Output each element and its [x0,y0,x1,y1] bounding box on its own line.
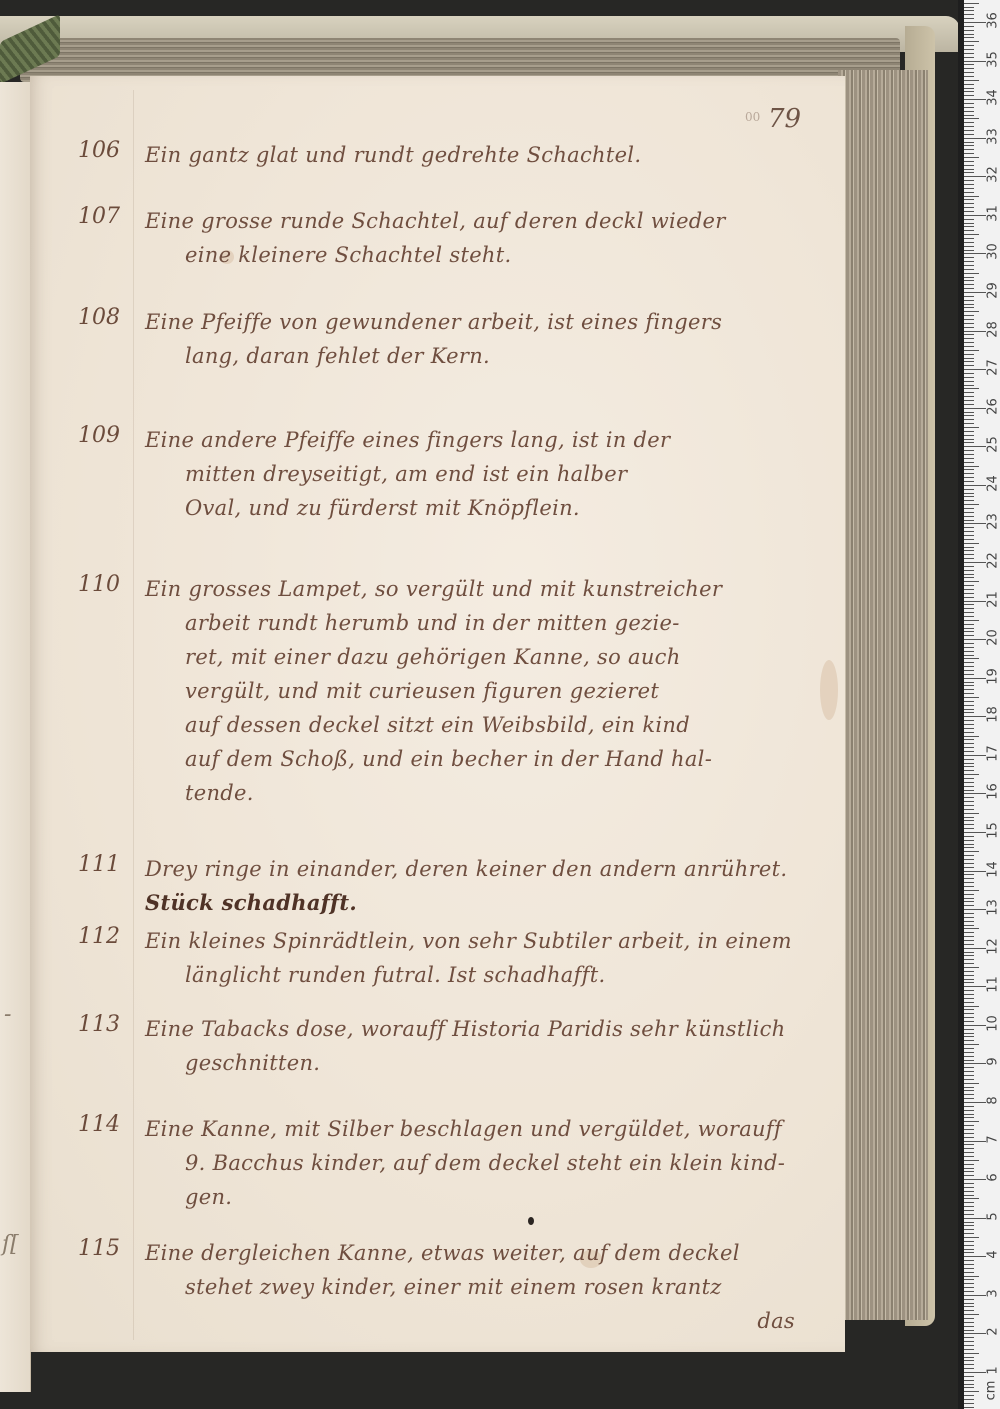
ruler-tick [964,1376,974,1377]
ruler-label: 30 [986,242,1000,262]
ruler-tick [964,1025,986,1026]
ruler-tick [964,1368,974,1369]
entry-number: 112 [78,924,120,949]
ruler-tick [964,1079,974,1080]
ruler-tick [964,1264,974,1265]
ruler-tick [964,1345,974,1346]
ruler-tick [964,149,974,150]
ruler-tick [964,485,986,486]
ruler-tick [964,948,986,949]
ruler-label: 26 [986,396,1000,416]
ruler-tick [964,774,979,775]
ruler-tick [964,53,974,54]
ruler-tick [964,396,974,397]
ruler-tick [964,334,974,335]
ruler-tick [964,435,974,436]
ruler-tick [964,670,974,671]
ruler-tick [964,685,974,686]
ruler-tick [964,257,974,258]
ruler-tick [964,543,979,544]
ruler-tick [964,1256,986,1257]
entry-line: Ein grosses Lampet, so vergült und mit k… [145,572,825,606]
ruler-tick [964,1144,974,1145]
ruler-tick [964,72,974,73]
ruler-tick [964,886,974,887]
ruler-tick [964,682,974,683]
ruler-tick [964,284,974,285]
ruler-tick [964,624,974,625]
ruler-label: 17 [986,743,1000,763]
ruler-tick [964,955,974,956]
ruler-tick [964,203,974,204]
ruler-tick [964,1341,974,1342]
ruler-tick [964,971,974,972]
ruler-tick [964,809,974,810]
folio-stamp: 00 [745,110,760,124]
ruler-tick [964,608,974,609]
ruler-tick [964,145,974,146]
ruler-tick [964,273,979,274]
ruler-tick [964,1330,974,1331]
ruler-tick [964,782,974,783]
ruler-tick [964,473,974,474]
ruler-tick [964,1407,974,1408]
ruler-tick [964,223,974,224]
ruler-tick [964,80,979,81]
ruler-label: 34 [986,88,1000,108]
ruler-tick [964,26,974,27]
entry-line: länglicht runden futral. Ist schadhafft. [145,958,825,992]
ruler-tick [964,786,974,787]
ruler-tick [964,1125,974,1126]
ruler-label: 21 [986,589,1000,609]
margin-fold-line [133,90,134,1340]
ruler-tick [964,18,974,19]
ruler-tick [964,1353,979,1354]
ruler-tick [964,836,974,837]
ruler-tick [964,385,974,386]
ruler-tick [964,238,974,239]
ruler-tick [964,712,974,713]
ruler-tick [964,1372,986,1373]
ruler-tick [964,1229,974,1230]
ruler-tick [964,597,974,598]
ruler-label: 20 [986,628,1000,648]
ruler-tick [964,778,974,779]
ruler-tick [964,1148,974,1149]
ruler-tick [964,157,979,158]
ruler-tick [964,64,974,65]
ruler-tick [964,161,974,162]
ruler-tick [964,230,974,231]
ruler-label: 16 [986,782,1000,802]
ruler-tick [964,250,974,251]
ruler-tick [964,639,986,640]
ruler-tick [964,296,974,297]
ruler-tick [964,1306,974,1307]
ruler-tick [964,998,974,999]
ruler-tick [964,739,974,740]
ruler-label: 15 [986,821,1000,841]
ruler-tick [964,952,974,953]
measurement-ruler: cm 1234567891011121314151617181920212223… [958,0,1000,1409]
ruler-tick [964,369,986,370]
ruler-tick [964,1141,986,1142]
ruler-tick [964,226,974,227]
ruler-tick [964,944,974,945]
ruler-tick [964,979,974,980]
ruler-tick [964,288,974,289]
ruler-tick [964,616,974,617]
ruler-tick [964,91,974,92]
entry-line: das [145,1304,825,1338]
ruler-tick [964,1245,974,1246]
ruler-tick [964,1048,974,1049]
ruler-tick [964,315,974,316]
ruler-tick [964,373,974,374]
ruler-tick [964,439,974,440]
ruler-tick [964,477,974,478]
ruler-tick [964,901,974,902]
ruler-tick [964,450,974,451]
entry-line: geschnitten. [145,1046,825,1080]
ruler-tick [964,1156,974,1157]
ruler-label: 10 [986,1013,1000,1033]
ruler-tick [964,604,974,605]
ruler-tick [964,925,974,926]
ruler-tick [964,523,986,524]
ruler-tick [964,643,974,644]
ruler-tick [964,442,974,443]
ruler-tick [964,1314,979,1315]
ruler-tick [964,427,979,428]
entry-line: 9. Bacchus kinder, auf dem deckel steht … [145,1146,825,1180]
ruler-tick [964,763,974,764]
ruler-label: 7 [986,1129,1000,1149]
ruler-tick [964,851,979,852]
ruler-label: 13 [986,898,1000,918]
ruler-tick [964,1002,974,1003]
ruler-tick [964,863,974,864]
ruler-label: 33 [986,126,1000,146]
ruler-tick [964,1333,986,1334]
ruler-label: 3 [986,1283,1000,1303]
ruler-tick [964,1237,979,1238]
ruler-tick [964,589,974,590]
ruler-tick [964,408,986,409]
ruler-tick [964,824,974,825]
ruler-tick [964,1006,979,1007]
ruler-tick [964,1033,974,1034]
ruler-tick [964,847,974,848]
ruler-tick [964,412,974,413]
ruler-tick [964,1403,974,1404]
ruler-tick [964,554,974,555]
ruler-tick [964,566,974,567]
ruler-tick [964,1067,974,1068]
ruler-tick [964,269,974,270]
entry-line: stehet zwey kinder, einer mit einem rose… [145,1270,825,1304]
ruler-tick [964,180,974,181]
ruler-tick [964,307,974,308]
ruler-tick [964,890,979,891]
ruler-label: 29 [986,281,1000,301]
ruler-tick [964,1206,974,1207]
ruler-tick [964,558,974,559]
ruler-tick [964,693,974,694]
ruler-tick [964,855,974,856]
ruler-tick [964,88,974,89]
ruler-label: 23 [986,512,1000,532]
ruler-tick [964,327,974,328]
ruler-tick [964,905,974,906]
ruler-tick [964,747,974,748]
ruler-tick [964,581,979,582]
ruler-label: 4 [986,1245,1000,1265]
facing-page: - ſ[ [0,82,31,1392]
ruler-tick [964,3,979,4]
ruler-tick [964,932,974,933]
ruler-tick [964,196,979,197]
ruler-tick [964,1017,974,1018]
ruler-tick [964,323,974,324]
ruler-tick [964,766,974,767]
ruler-tick [964,41,979,42]
ruler-tick [964,1279,974,1280]
ruler-tick [964,797,974,798]
ruler-unit-label: cm [983,1381,998,1401]
ruler-tick [964,500,974,501]
ruler-tick [964,253,986,254]
ruler-tick [964,84,974,85]
ruler-tick [964,489,974,490]
entry-line: Drey ringe in einander, deren keiner den… [145,852,825,886]
ruler-tick [964,921,974,922]
ruler-tick [964,813,979,814]
ruler-tick [964,400,974,401]
ruler-tick [964,1291,974,1292]
entry-number: 109 [78,423,120,448]
ruler-tick [964,898,974,899]
ruler-tick [964,1391,979,1392]
ruler-tick [964,1214,974,1215]
ruler-tick [964,1063,986,1064]
ruler-label: 11 [986,975,1000,995]
ruler-tick [964,655,974,656]
ruler-tick [964,61,986,62]
ruler-tick [964,913,974,914]
ruler-tick [964,520,974,521]
ruler-tick [964,300,974,301]
ruler-tick [964,967,979,968]
ruler-label: 14 [986,859,1000,879]
ruler-tick [964,724,974,725]
ruler-tick [964,504,979,505]
ruler-tick [964,770,974,771]
ruler-tick [964,1357,974,1358]
ruler-tick [964,280,974,281]
ruler-tick [964,894,974,895]
ruler-tick [964,1326,974,1327]
ruler-tick [964,76,974,77]
ruler-tick [964,662,974,663]
entry-line: Ein kleines Spinrädtlein, von sehr Subti… [145,924,825,958]
ruler-tick [964,840,974,841]
entry-line: gen. [145,1180,825,1214]
ruler-tick [964,512,974,513]
ruler-tick [964,859,974,860]
ruler-tick [964,1252,974,1253]
ruler-tick [964,516,974,517]
ruler-tick [964,111,974,112]
ruler-tick [964,940,974,941]
ruler-label: 2 [986,1322,1000,1342]
ruler-tick [964,651,974,652]
ruler-tick [964,832,986,833]
ruler-tick [964,1090,974,1091]
ruler-tick [964,820,974,821]
ruler-tick [964,1287,974,1288]
ruler-tick [964,1044,979,1045]
ruler-tick [964,1260,974,1261]
ruler-tick [964,481,974,482]
ruler-label: 25 [986,435,1000,455]
ruler-tick [964,1152,974,1153]
ruler-tick [964,577,974,578]
ruler-tick [964,1168,974,1169]
ruler-tick [964,705,974,706]
entry-line: arbeit rundt herumb und in der mitten ge… [145,606,825,640]
ruler-tick [964,1349,974,1350]
ruler-label: 27 [986,358,1000,378]
entry-number: 106 [78,138,120,163]
ruler-tick [964,331,986,332]
ruler-tick [964,1098,974,1099]
ruler-tick [964,188,974,189]
ruler-tick [964,211,974,212]
ruler-label: 19 [986,666,1000,686]
ruler-tick [964,1052,974,1053]
ruler-tick [964,871,986,872]
ruler-tick [964,107,974,108]
ruler-tick [964,350,979,351]
ruler-tick [964,462,974,463]
ruler-tick [964,874,974,875]
ruler-tick [964,1225,974,1226]
ruler-tick [964,388,979,389]
folio-number: 79 [768,104,801,134]
ruler-tick [964,496,974,497]
ruler-tick [964,759,974,760]
ruler-tick [964,909,986,910]
ruler-tick [964,743,974,744]
ruler-tick [964,917,974,918]
ruler-tick [964,1171,974,1172]
ruler-tick [964,1276,979,1277]
ruler-tick [964,392,974,393]
ruler-tick [964,928,979,929]
ruler-tick [964,982,974,983]
ruler-tick [964,936,974,937]
ruler-tick [964,1106,974,1107]
entry-line: Eine Pfeiffe von gewundener arbeit, ist … [145,305,825,339]
entry-line: ret, mit einer dazu gehörigen Kanne, so … [145,640,825,674]
ruler-tick [964,1218,986,1219]
ruler-tick [964,165,974,166]
ruler-tick [964,697,979,698]
ruler-tick [964,458,974,459]
ruler-tick [964,755,986,756]
ruler-tick [964,867,974,868]
ruler-tick [964,1272,974,1273]
ruler-tick [964,658,979,659]
ruler-tick [964,1129,974,1130]
ruler-tick [964,1060,974,1061]
ruler-tick [964,720,974,721]
ruler-tick [964,1283,974,1284]
entry-line: auf dem Schoß, und ein becher in der Han… [145,742,825,776]
ruler-tick [964,1040,974,1041]
ruler-tick [964,57,974,58]
ruler-label: 22 [986,551,1000,571]
ruler-tick [964,1029,974,1030]
ruler-tick [964,959,974,960]
page-fore-edge [838,70,928,1320]
ruler-label: 36 [986,11,1000,31]
ruler-tick [964,817,974,818]
ruler-tick [964,1399,974,1400]
ruler-tick [964,493,974,494]
ruler-tick [964,716,986,717]
ruler-tick [964,1075,974,1076]
ruler-tick [964,361,974,362]
ruler-label: 9 [986,1052,1000,1072]
ruler-tick [964,1179,986,1180]
ruler-tick [964,1094,974,1095]
ruler-tick [964,7,974,8]
ruler-tick [964,346,974,347]
ruler-tick [964,319,974,320]
ruler-tick [964,635,974,636]
ruler-tick [964,1175,974,1176]
ruler-tick [964,1198,979,1199]
ruler-tick [964,751,974,752]
entry-annotation: Stück schadhafft. [145,886,825,920]
ruler-label: 35 [986,49,1000,69]
ruler-tick [964,134,974,135]
ruler-tick [964,709,974,710]
ruler-tick [964,805,974,806]
ruler-tick [964,1249,974,1250]
ruler-label: 6 [986,1168,1000,1188]
ruler-tick [964,215,986,216]
ruler-tick [964,377,974,378]
ruler-tick [964,1384,974,1385]
ruler-tick [964,423,974,424]
ruler-tick [964,1009,974,1010]
ruler-tick [964,466,979,467]
ruler-tick [964,620,979,621]
ruler-tick [964,1310,974,1311]
ruler-tick [964,1056,974,1057]
ruler-tick [964,647,974,648]
ruler-tick [964,1160,979,1161]
ruler-tick [964,1036,974,1037]
ruler-tick [964,404,974,405]
entry-number: 114 [78,1112,120,1137]
ruler-tick [964,99,986,100]
entry-line: Eine dergleichen Kanne, etwas weiter, au… [145,1236,825,1270]
